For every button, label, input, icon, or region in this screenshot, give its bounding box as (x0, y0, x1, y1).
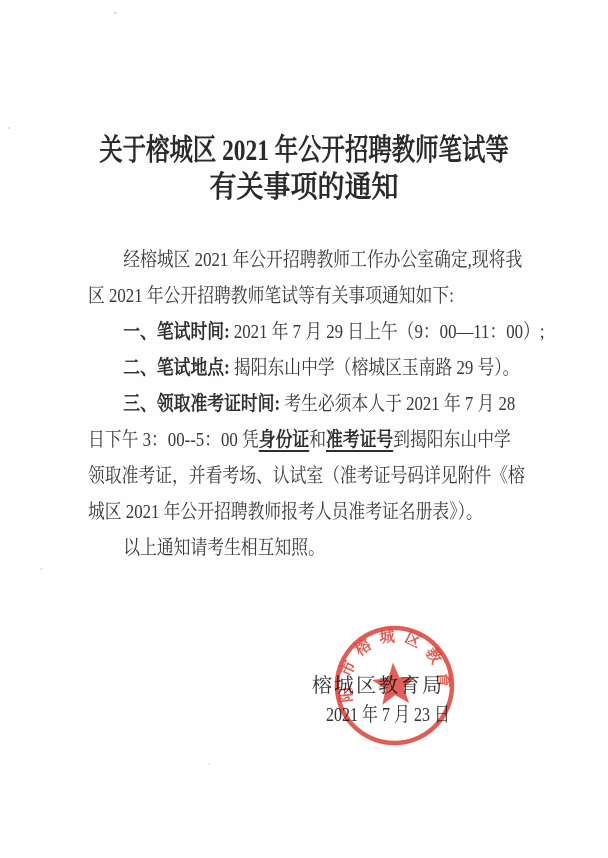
item-3-ticket-pickup-line-1: 三、领取准考证时间: 考生必须本人于 2021 年 7 月 28 (88, 386, 525, 422)
item-2-exam-location: 二、笔试地点: 揭阳东山中学（榕城区玉南路 29 号）。 (88, 350, 525, 386)
item-3-text: 到揭阳东山中学 (393, 429, 511, 451)
item-1-label: 一、笔试时间: (123, 321, 229, 343)
item-3-text: 领取准考证，并看考场、认试室（准考证号码详见附件《榕 (88, 465, 525, 487)
item-3-value: 考生必须本人于 2021 年 7 月 28 (280, 393, 515, 415)
closing-text: 以上通知请考生相互知照。 (123, 537, 325, 559)
scan-speckle (114, 12, 117, 14)
notice-title-line-1: 关于榕城区 2021 年公开招聘教师笔试等 (67, 132, 541, 169)
notice-body: 经榕城区 2021 年公开招聘教师工作办公室确定,现将我 区 2021 年公开招… (88, 242, 608, 566)
item-1-value: 2021 年 7 月 29 日上午（9：00—11：00）; (230, 321, 545, 343)
intro-text: 区 2021 年公开招聘教师笔试等有关事项通知如下: (88, 285, 454, 307)
closing-sentence: 以上通知请考生相互知照。 (88, 530, 525, 566)
scan-speckle (8, 127, 10, 129)
item-3-ticket-pickup-line-3: 领取准考证，并看考场、认试室（准考证号码详见附件《榕 (88, 458, 525, 494)
scan-speckle (40, 568, 43, 570)
item-1-exam-time: 一、笔试时间: 2021 年 7 月 29 日上午（9：00—11：00）; (88, 314, 525, 350)
notice-title-line-2: 有关事项的通知 (30, 169, 577, 206)
item-2-value: 揭阳东山中学（榕城区玉南路 29 号）。 (230, 357, 520, 379)
item-3-text: 日下午 3：00--5：00 凭 (88, 429, 259, 451)
item-3-text: 和 (309, 429, 326, 451)
seal-star-icon (371, 661, 418, 706)
item-3-label: 三、领取准考证时间: (123, 393, 280, 415)
ticket-number-emphasis: 准考证号 (326, 429, 393, 451)
item-3-ticket-pickup-line-2: 日下午 3：00--5：00 凭身份证和准考证号到揭阳东山中学 (88, 422, 525, 458)
item-2-label: 二、笔试地点: (123, 357, 229, 379)
intro-paragraph-line-1: 经榕城区 2021 年公开招聘教师工作办公室确定,现将我 (88, 242, 525, 278)
scanned-notice-page: 关于榕城区 2021 年公开招聘教师笔试等 有关事项的通知 经榕城区 2021 … (0, 0, 608, 858)
intro-text: 经榕城区 2021 年公开招聘教师工作办公室确定,现将我 (123, 249, 522, 271)
item-3-text: 城区 2021 年公开招聘教师报考人员准考证名册表》）。 (88, 501, 483, 523)
official-red-seal: 揭阳市榕城区教育局 (326, 617, 465, 756)
intro-paragraph-line-2: 区 2021 年公开招聘教师笔试等有关事项通知如下: (88, 278, 525, 314)
scan-speckle (208, 763, 210, 765)
notice-title: 关于榕城区 2021 年公开招聘教师笔试等 有关事项的通知 (0, 132, 608, 206)
item-3-ticket-pickup-line-4: 城区 2021 年公开招聘教师报考人员准考证名册表》）。 (88, 494, 525, 530)
id-card-emphasis: 身份证 (259, 429, 309, 451)
